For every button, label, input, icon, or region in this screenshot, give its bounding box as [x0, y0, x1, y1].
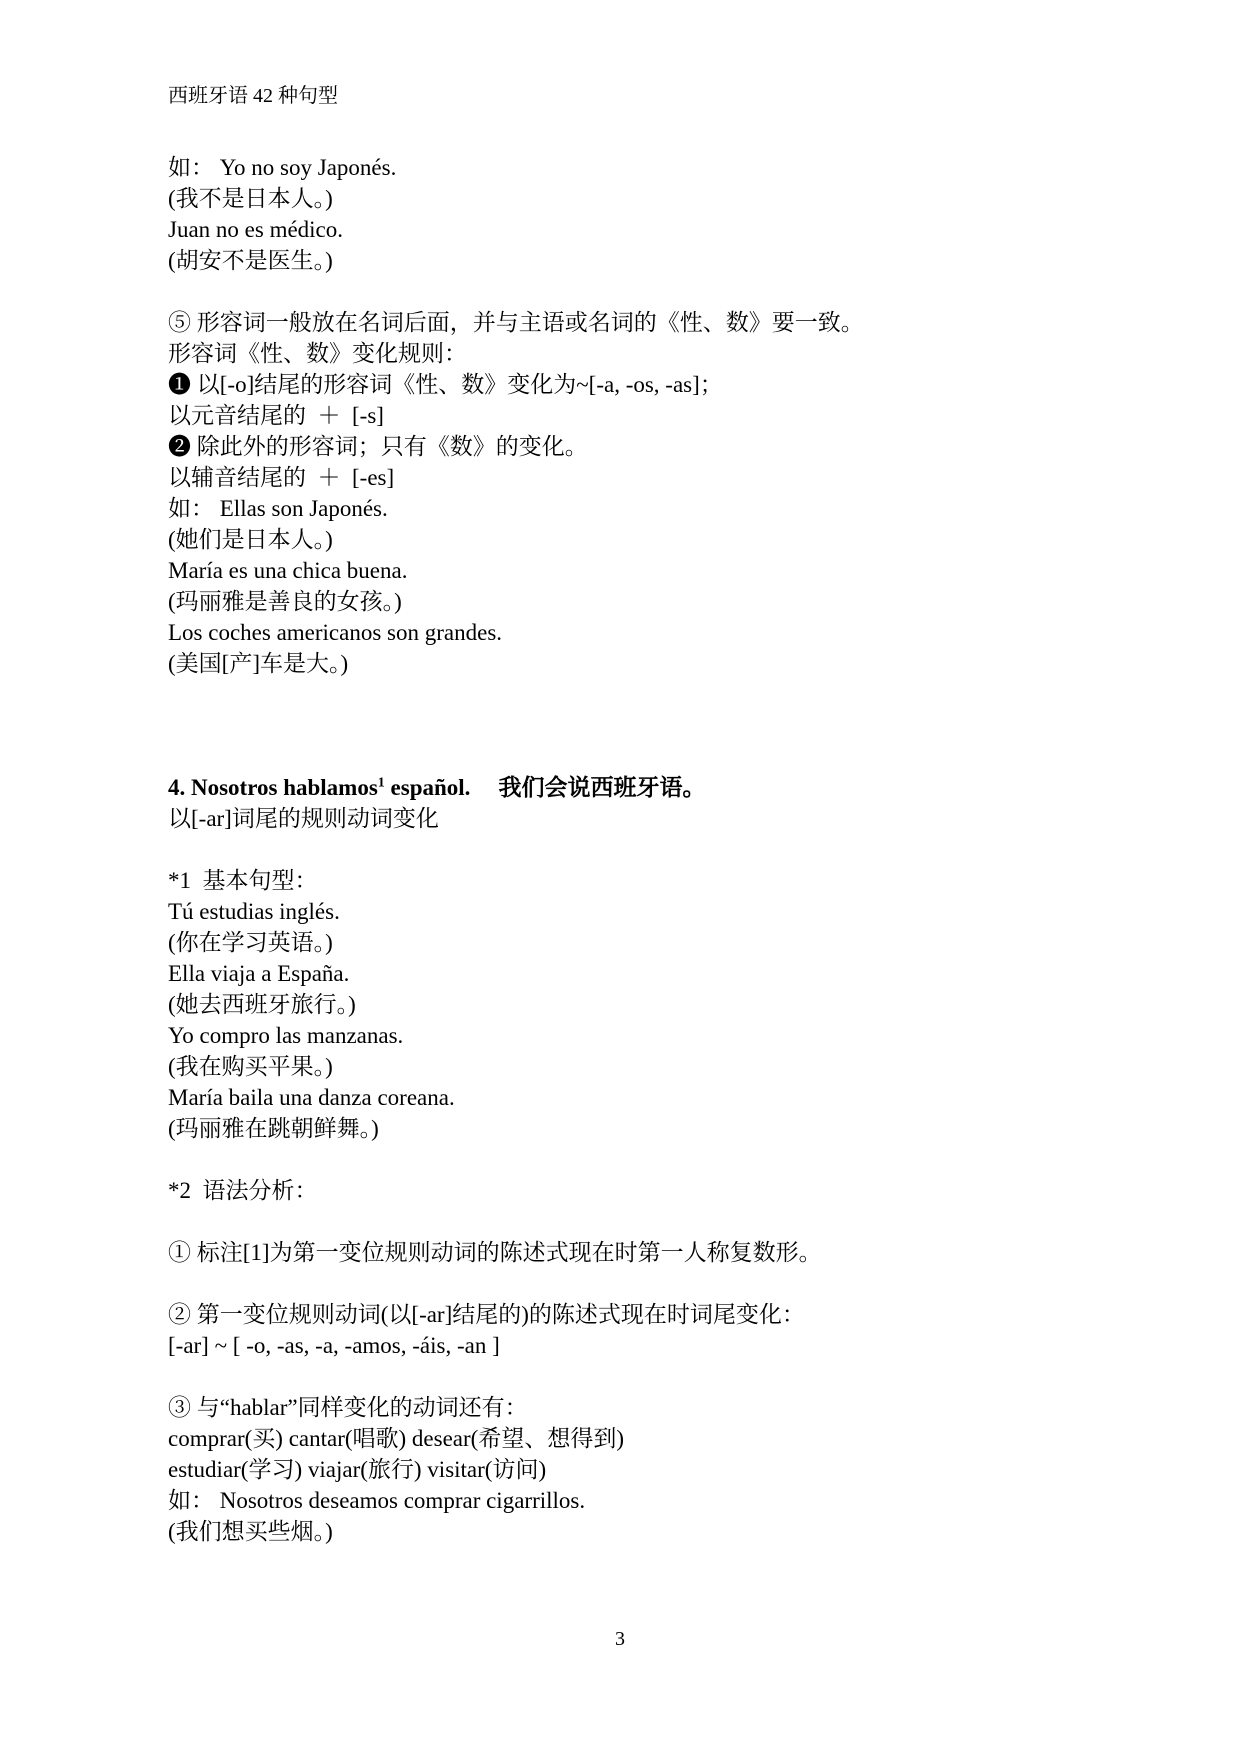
spacer — [168, 1144, 1078, 1175]
spacer — [168, 679, 1078, 772]
text-line: Ella viaja a España. — [168, 958, 1078, 989]
heading-translation: 我们会说西班牙语。 — [498, 775, 705, 800]
text-line: 形容词《性、数》变化规则： — [168, 338, 1078, 369]
heading-superscript: 1 — [378, 775, 385, 790]
text-line: *1 基本句型： — [168, 865, 1078, 896]
document-page: 西班牙语 42 种句型 如： Yo no soy Japonés. (我不是日本… — [0, 0, 1240, 1754]
text-line: Yo compro las manzanas. — [168, 1020, 1078, 1051]
spacer — [168, 1268, 1078, 1299]
section-subtitle: 以[-ar]词尾的规则动词变化 — [168, 803, 1078, 834]
text-line: (我们想买些烟。) — [168, 1516, 1078, 1547]
page-number: 3 — [0, 1626, 1240, 1652]
text-line: [-ar] ~ [ -o, -as, -a, -amos, -áis, -an … — [168, 1330, 1078, 1361]
spacer — [168, 1361, 1078, 1392]
text-line: María baila una danza coreana. — [168, 1082, 1078, 1113]
text-line: (胡安不是医生。) — [168, 245, 1078, 276]
text-line: 如： Yo no soy Japonés. — [168, 152, 1078, 183]
text-line: comprar(买) cantar(唱歌) desear(希望、想得到) — [168, 1423, 1078, 1454]
text-line: (她去西班牙旅行。) — [168, 989, 1078, 1020]
text-line: Juan no es médico. — [168, 214, 1078, 245]
text-line: 如： Nosotros deseamos comprar cigarrillos… — [168, 1485, 1078, 1516]
spacer — [168, 276, 1078, 307]
text-line: ③ 与“hablar”同样变化的动词还有： — [168, 1392, 1078, 1423]
text-line: (你在学习英语。) — [168, 927, 1078, 958]
text-line: María es una chica buena. — [168, 555, 1078, 586]
heading-latin-tail: español. — [385, 775, 471, 800]
text-line: Los coches americanos son grandes. — [168, 617, 1078, 648]
text-line: 如： Ellas son Japonés. — [168, 493, 1078, 524]
text-line: ❷ 除此外的形容词；只有《数》的变化。 — [168, 431, 1078, 462]
text-line: (我不是日本人。) — [168, 183, 1078, 214]
text-line: (美国[产]车是大。) — [168, 648, 1078, 679]
text-line: (我在购买平果。) — [168, 1051, 1078, 1082]
page-header-text: 西班牙语 42 种句型 — [168, 84, 1078, 108]
text-line: 以辅音结尾的 ＋ [-es] — [168, 462, 1078, 493]
text-line: 以元音结尾的 ＋ [-s] — [168, 400, 1078, 431]
heading-latin: 4. Nosotros hablamos — [168, 775, 378, 800]
text-line: ② 第一变位规则动词(以[-ar]结尾的)的陈述式现在时词尾变化： — [168, 1299, 1078, 1330]
spacer — [168, 1206, 1078, 1237]
text-line: (她们是日本人。) — [168, 524, 1078, 555]
section-heading: 4. Nosotros hablamos1 español.我们会说西班牙语。 — [168, 772, 1078, 803]
text-line: Tú estudias inglés. — [168, 896, 1078, 927]
text-line: estudiar(学习) viajar(旅行) visitar(访问) — [168, 1454, 1078, 1485]
text-line: (玛丽雅是善良的女孩。) — [168, 586, 1078, 617]
text-line: ❶ 以[-o]结尾的形容词《性、数》变化为~[-a, -os, -as]； — [168, 369, 1078, 400]
text-line: (玛丽雅在跳朝鲜舞。) — [168, 1113, 1078, 1144]
grammar-section-title: *2 语法分析： — [168, 1175, 1078, 1206]
text-line: ⑤ 形容词一般放在名词后面，并与主语或名词的《性、数》要一致。 — [168, 307, 1078, 338]
text-line: ① 标注[1]为第一变位规则动词的陈述式现在时第一人称复数形。 — [168, 1237, 1078, 1268]
page-content: 西班牙语 42 种句型 如： Yo no soy Japonés. (我不是日本… — [168, 84, 1078, 1547]
spacer — [168, 834, 1078, 865]
